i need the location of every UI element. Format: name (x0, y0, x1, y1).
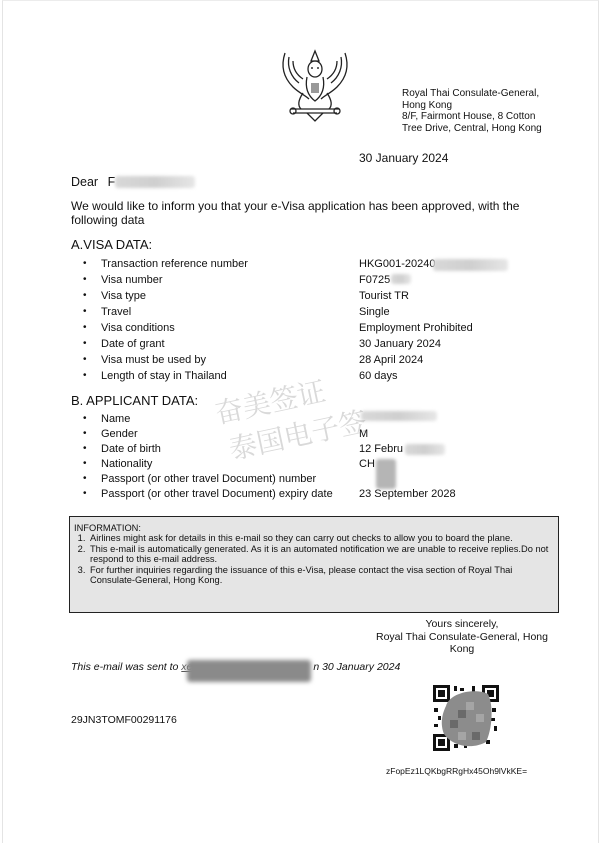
row-value: Single (359, 306, 390, 318)
row-label: Travel (101, 306, 131, 318)
row-value: HKG001-20240 (359, 258, 435, 270)
row-label: Visa type (101, 290, 146, 302)
row-label: Passport (or other travel Document) expi… (101, 488, 333, 500)
information-item: For further inquiries regarding the issu… (88, 565, 554, 586)
bullet-icon: • (83, 458, 93, 469)
information-list: Airlines might ask for details in this e… (74, 533, 554, 585)
bullet-icon: • (83, 443, 93, 454)
bullet-icon: • (83, 413, 93, 424)
bullet-icon: • (83, 338, 93, 349)
row-label: Gender (101, 428, 138, 440)
letter-date: 30 January 2024 (359, 151, 448, 165)
row-label: Visa must be used by (101, 354, 206, 366)
data-row: •Visa typeTourist TR (83, 290, 553, 306)
bullet-icon: • (83, 370, 93, 381)
intro-paragraph: We would like to inform you that your e-… (71, 200, 541, 227)
row-label: Visa conditions (101, 322, 175, 334)
row-label: Passport (or other travel Document) numb… (101, 473, 316, 485)
address-line: 8/F, Fairmont House, 8 Cotton (402, 111, 542, 123)
redacted-visa-number (391, 274, 411, 284)
data-row: •Visa conditionsEmployment Prohibited (83, 322, 553, 338)
row-value: 23 September 2028 (359, 488, 456, 500)
consulate-address: Royal Thai Consulate-General, Hong Kong … (402, 88, 542, 134)
redacted-dob (405, 444, 445, 455)
redacted-applicant-name (361, 411, 437, 421)
address-line: Hong Kong (402, 100, 542, 112)
bullet-icon: • (83, 354, 93, 365)
address-line: Tree Drive, Central, Hong Kong (402, 123, 542, 135)
redacted-name (115, 176, 195, 188)
data-row: •Passport (or other travel Document) num… (83, 473, 553, 489)
bullet-icon: • (83, 274, 93, 285)
data-row: •Date of grant30 January 2024 (83, 338, 553, 354)
address-line: Royal Thai Consulate-General, (402, 88, 542, 100)
qr-code-text: zFopEz1LQKbgRRgHx45Oh9lVkKE= (386, 766, 527, 776)
row-value: 12 Febru (359, 443, 403, 455)
e-visa-letter-page: Royal Thai Consulate-General, Hong Kong … (2, 0, 599, 843)
redacted-email (187, 660, 311, 682)
information-item: Airlines might ask for details in this e… (88, 533, 554, 543)
garuda-emblem-icon (277, 43, 353, 125)
data-row: •Visa must be used by28 April 2024 (83, 354, 553, 370)
closing-signatory: Royal Thai Consulate-General, Hong Kong (363, 631, 561, 656)
bullet-icon: • (83, 428, 93, 439)
row-value: 30 January 2024 (359, 338, 441, 350)
greeting: Dear F (71, 175, 115, 189)
data-row: •TravelSingle (83, 306, 553, 322)
visa-data-heading: A.VISA DATA: (71, 237, 152, 252)
reference-code: 29JN3TOMF00291176 (71, 714, 177, 726)
information-item: This e-mail is automatically generated. … (88, 544, 554, 565)
row-label: Date of birth (101, 443, 161, 455)
qr-code-icon (432, 684, 500, 752)
data-row: •Visa numberF0725 (83, 274, 553, 290)
redacted-transaction-ref (433, 259, 508, 271)
row-label: Transaction reference number (101, 258, 248, 270)
row-label: Date of grant (101, 338, 165, 350)
data-row: •Passport (or other travel Document) exp… (83, 488, 553, 504)
closing-line: Yours sincerely, (363, 618, 561, 631)
row-value: CH (359, 458, 375, 470)
information-title: INFORMATION: (74, 523, 554, 533)
bullet-icon: • (83, 290, 93, 301)
bullet-icon: • (83, 473, 93, 484)
salutation: Dear (71, 175, 98, 189)
redacted-nationality-passport (376, 459, 396, 489)
row-label: Visa number (101, 274, 163, 286)
sent-date: n 30 January 2024 (313, 661, 400, 673)
bullet-icon: • (83, 322, 93, 333)
row-label: Nationality (101, 458, 152, 470)
applicant-data-heading: B. APPLICANT DATA: (71, 393, 198, 408)
information-box: INFORMATION: Airlines might ask for deta… (69, 516, 559, 613)
row-value: Employment Prohibited (359, 322, 473, 334)
row-label: Length of stay in Thailand (101, 370, 227, 382)
sent-prefix: This e-mail was sent to (71, 661, 178, 673)
bullet-icon: • (83, 488, 93, 499)
bullet-icon: • (83, 258, 93, 269)
closing-signature: Yours sincerely, Royal Thai Consulate-Ge… (363, 618, 561, 656)
row-label: Name (101, 413, 130, 425)
row-value: 60 days (359, 370, 398, 382)
row-value: Tourist TR (359, 290, 409, 302)
bullet-icon: • (83, 306, 93, 317)
data-row: •NationalityCH (83, 458, 553, 474)
row-value: F0725 (359, 274, 390, 286)
row-value: 28 April 2024 (359, 354, 423, 366)
